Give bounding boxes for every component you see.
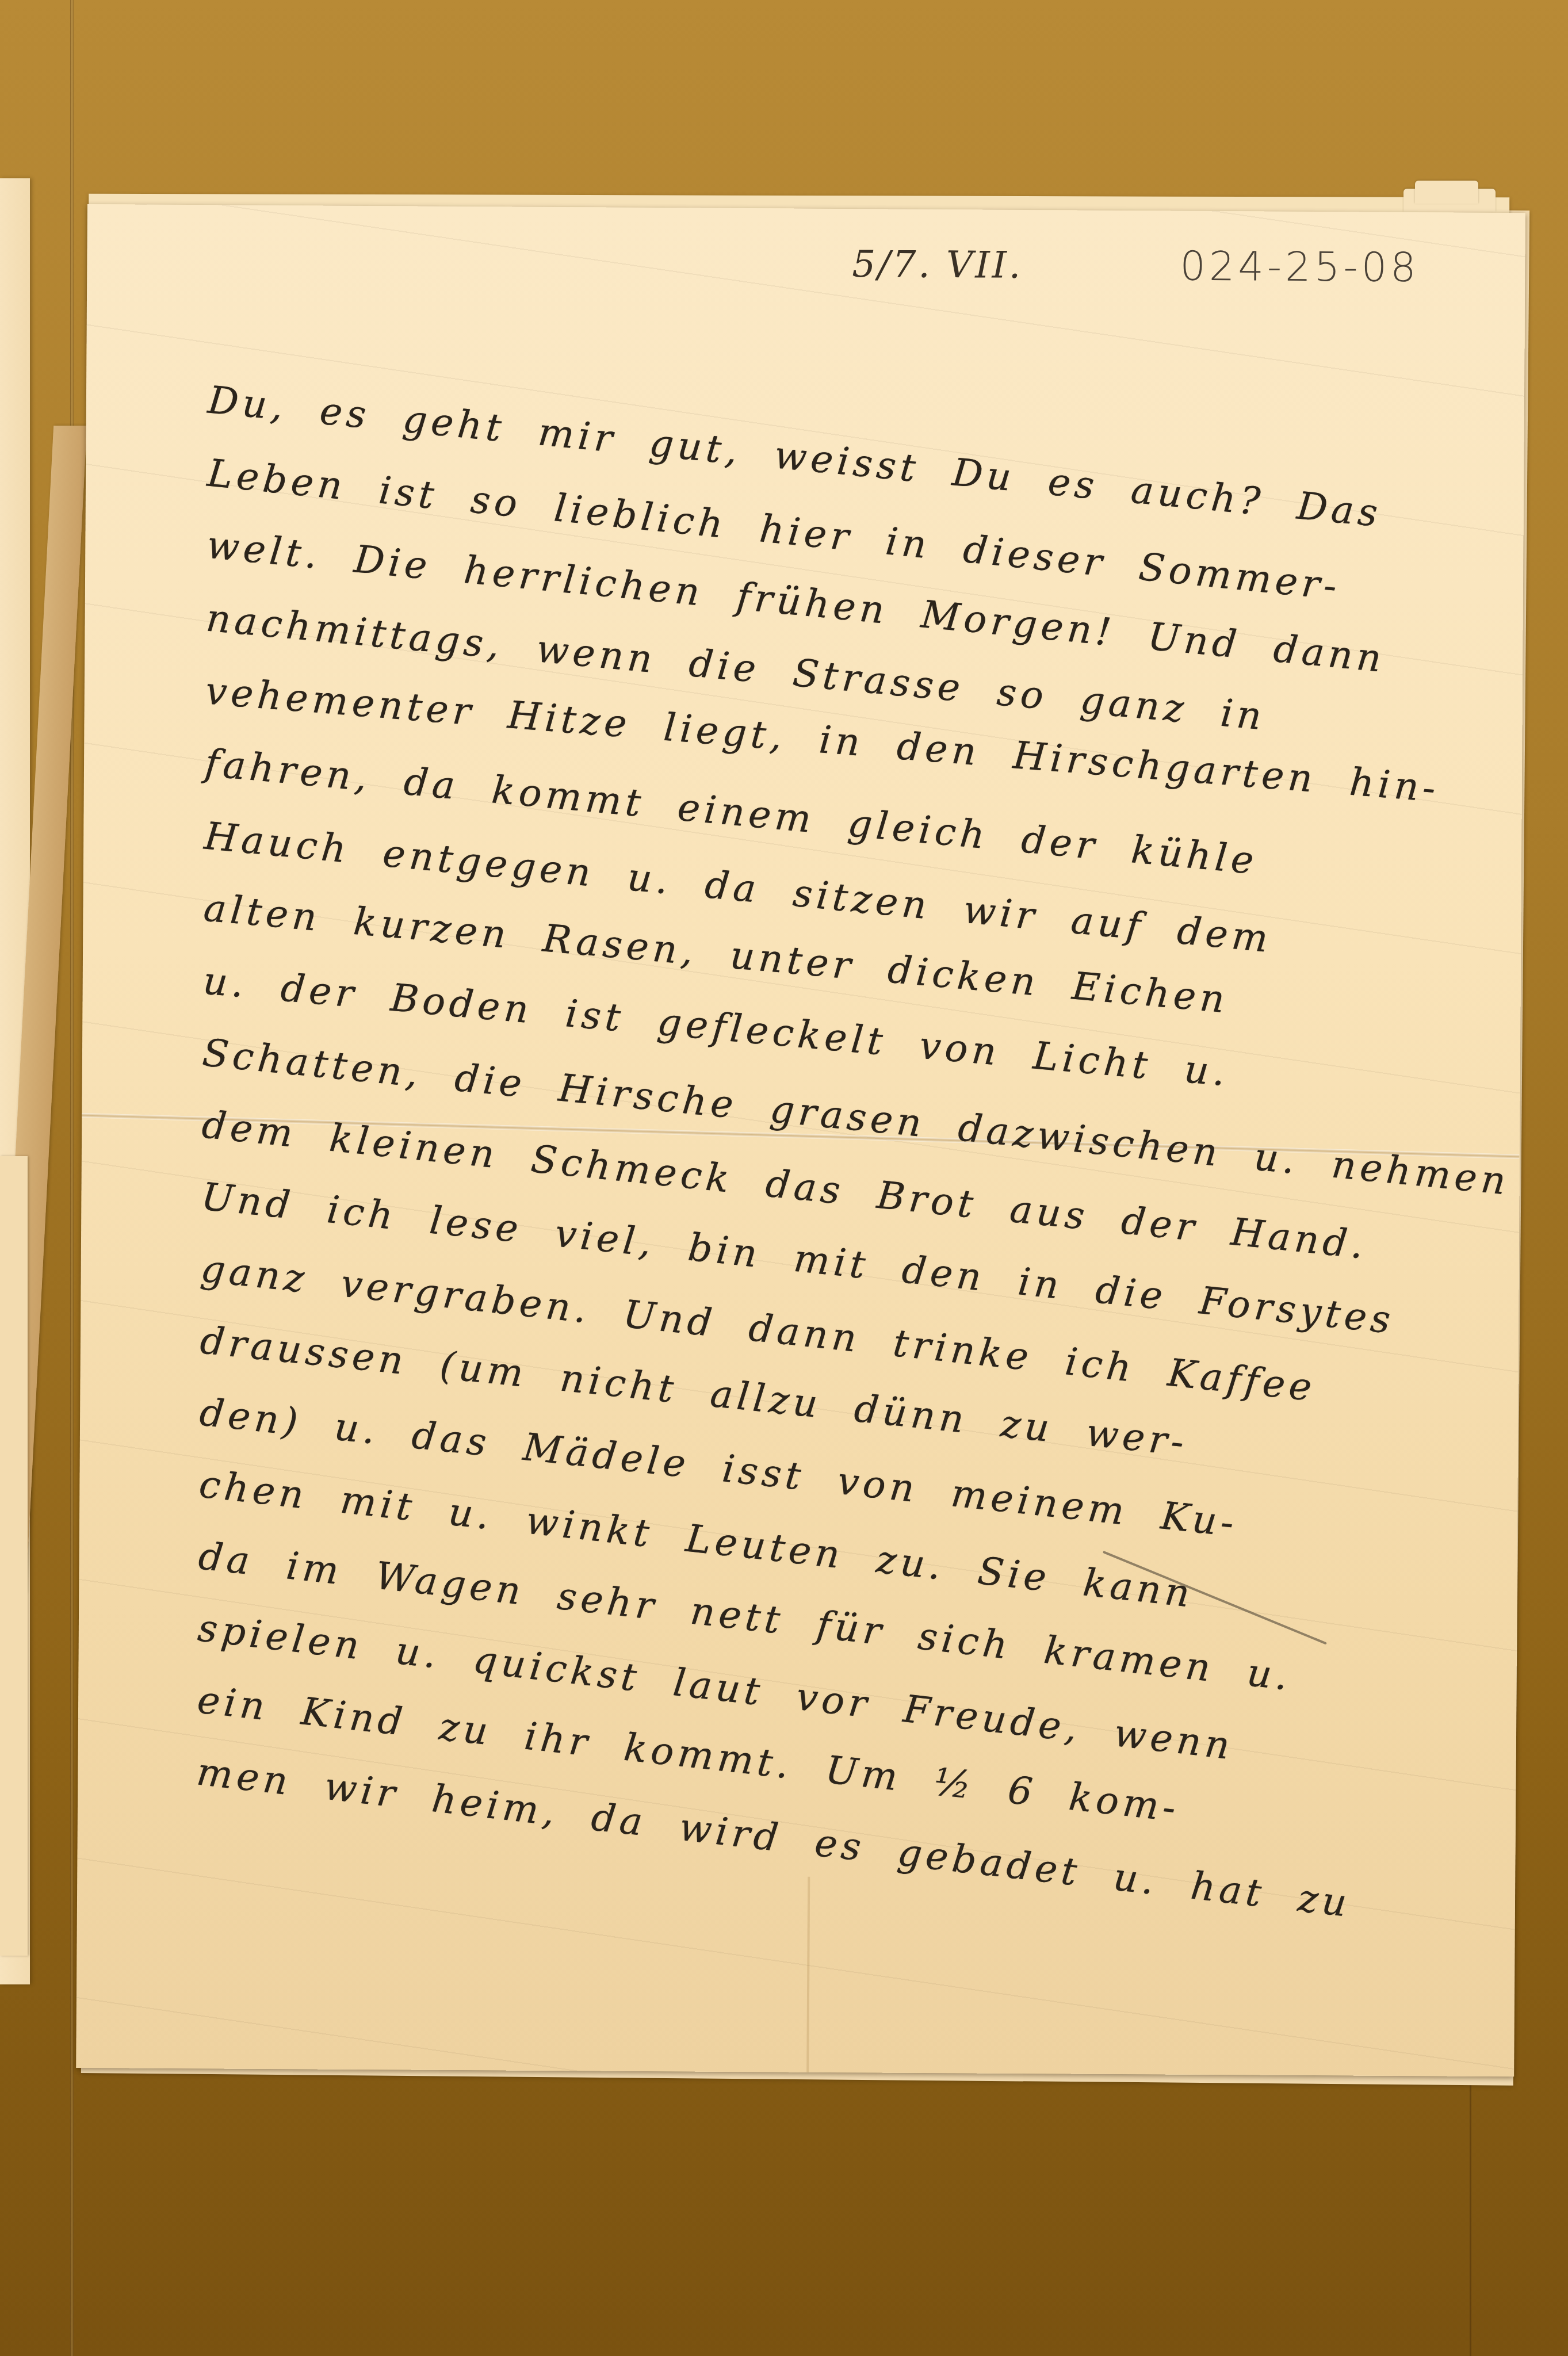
archive-number: 024-25-08	[1180, 243, 1420, 292]
date-notation: 5/7. VII.	[852, 243, 1023, 287]
corner-sheet-edges	[1403, 173, 1507, 207]
vertical-fold-crease	[806, 1877, 810, 2072]
letter-sheet: 5/7. VII. 024-25-08 Du, es geht mir gut,…	[76, 204, 1525, 2076]
folder-seam	[70, 0, 74, 2356]
adjacent-paper-stack	[0, 178, 69, 2134]
letter-body: Du, es geht mir gut, weisst Du es auch? …	[198, 377, 1496, 1800]
adjacent-sheet-lower	[0, 1156, 28, 1956]
